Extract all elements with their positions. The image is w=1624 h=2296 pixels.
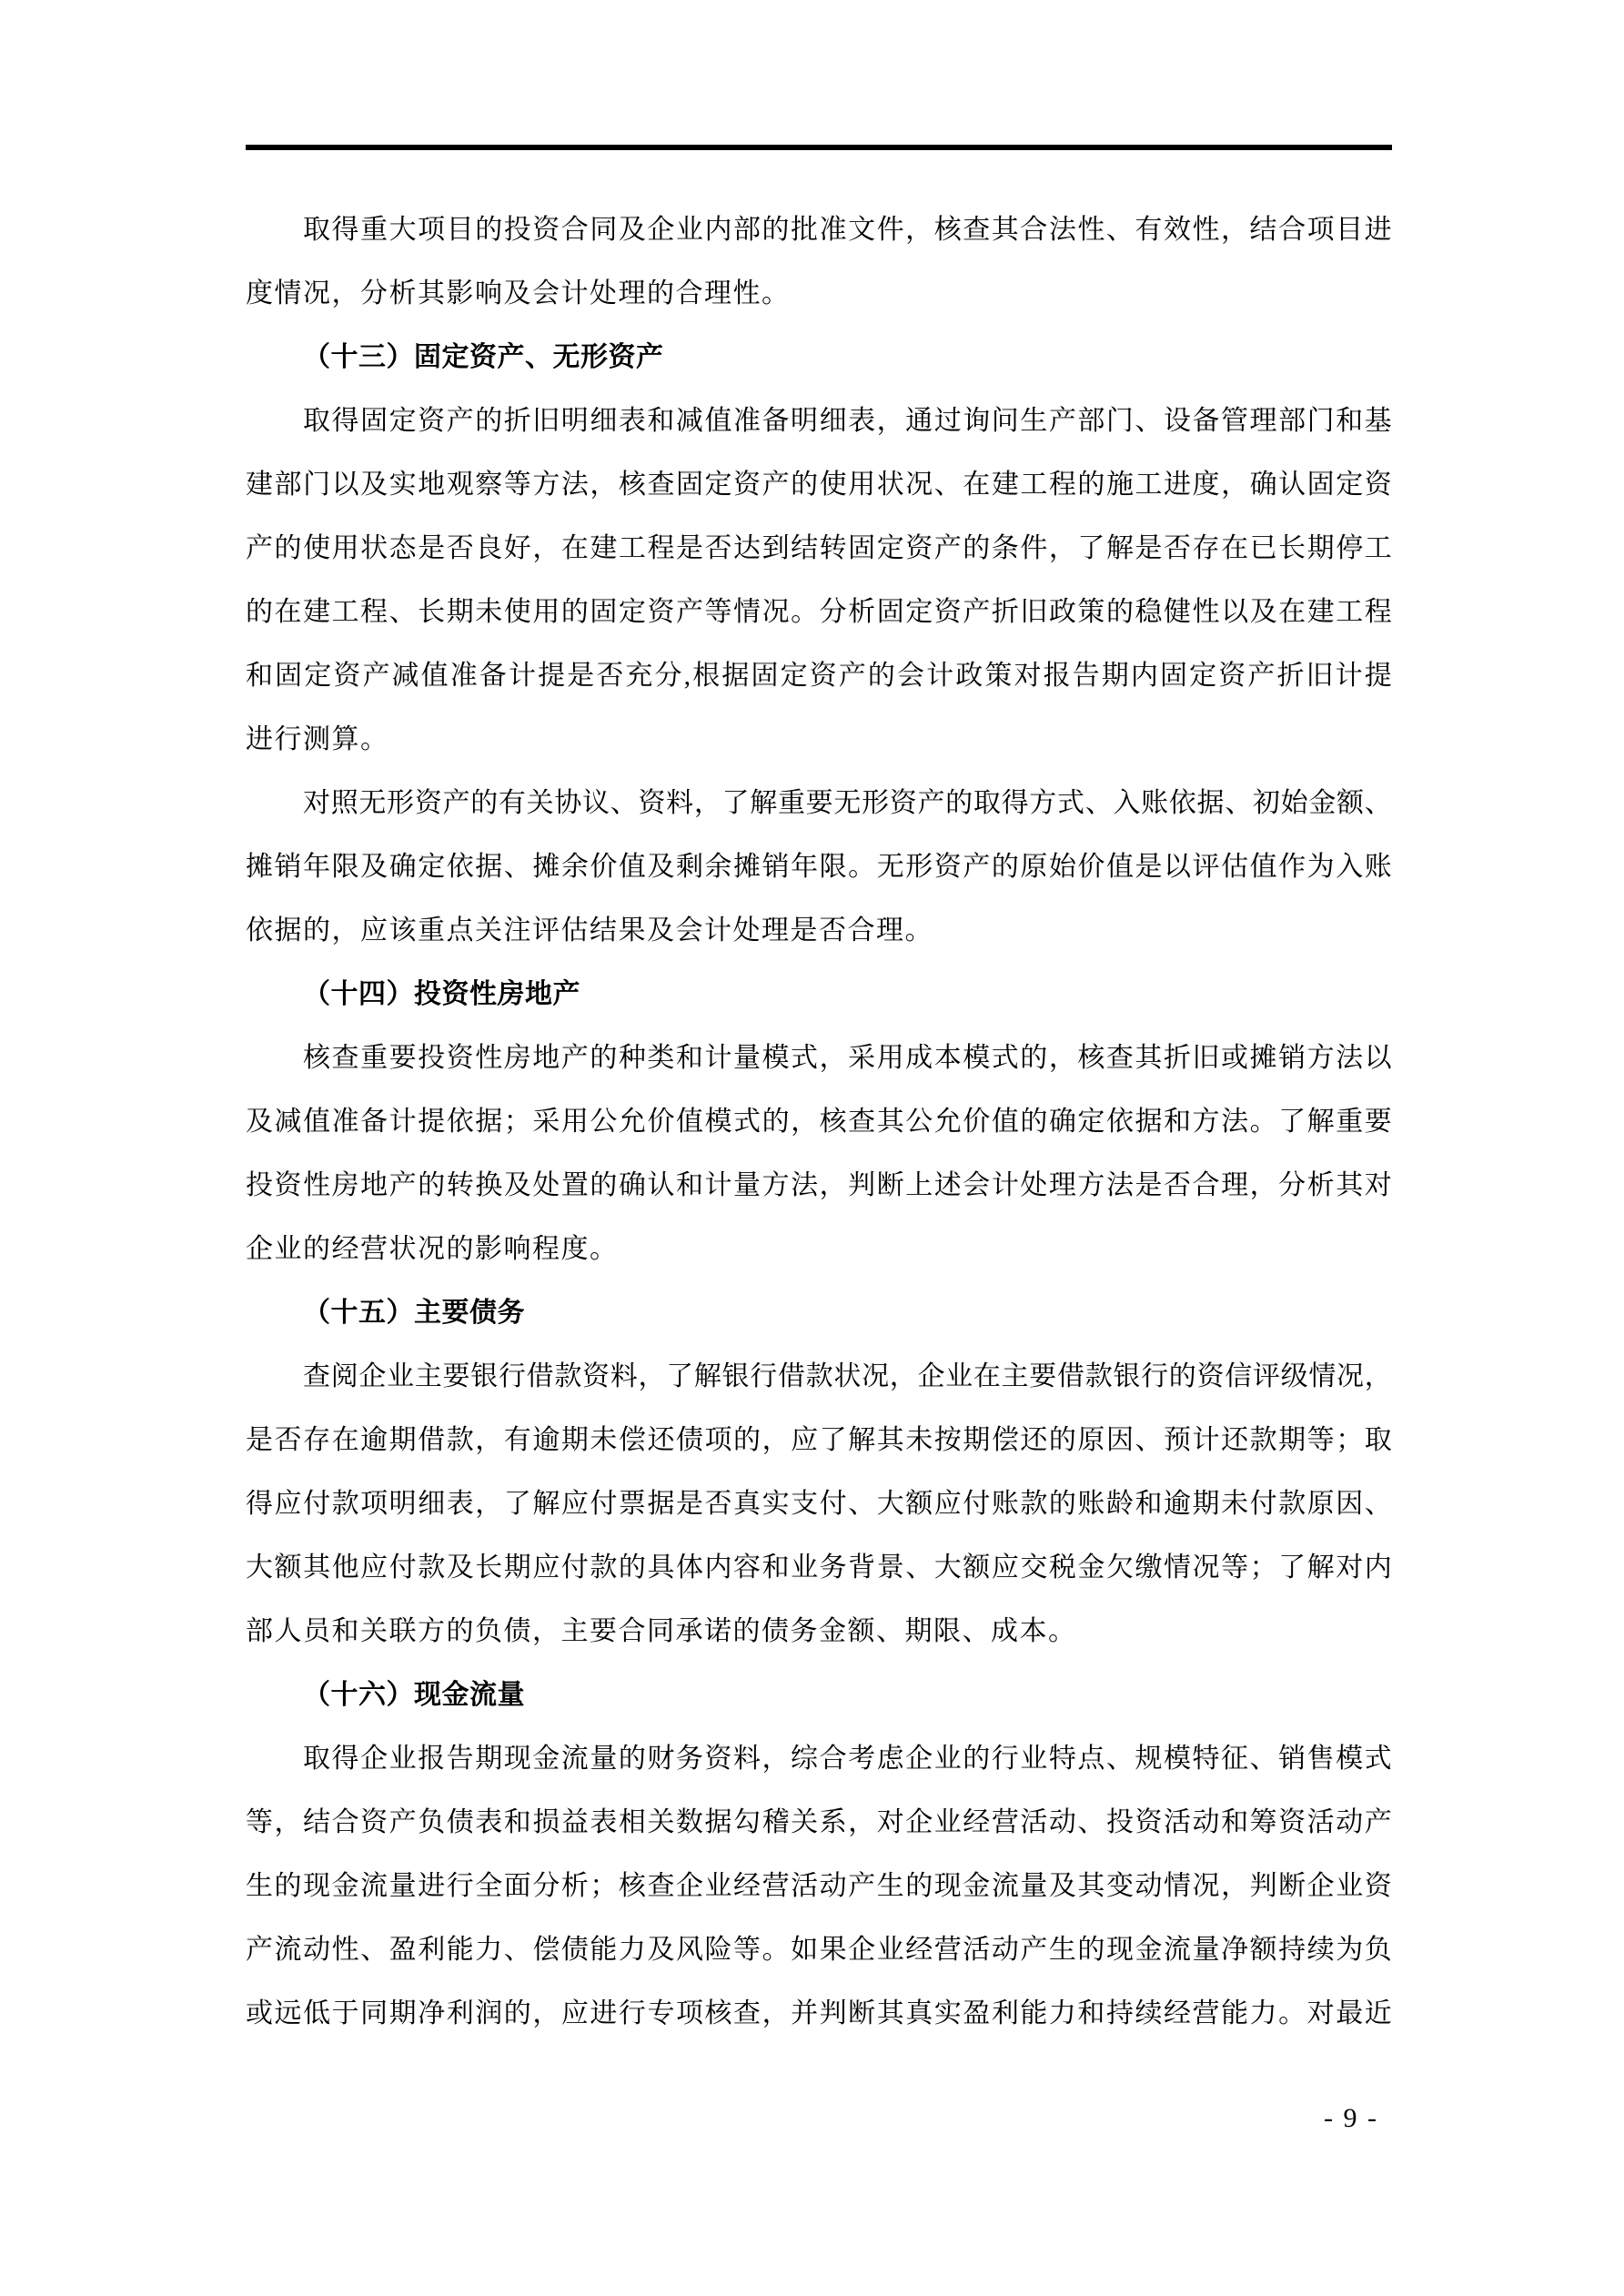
text-line: 对照无形资产的有关协议、资料，了解重要无形资产的取得方式、入账依据、初始金额、 bbox=[246, 772, 1392, 835]
text-line: 部人员和关联方的负债，主要合同承诺的债务金额、期限、成本。 bbox=[246, 1600, 1392, 1664]
page-number: - 9 - bbox=[1296, 2093, 1406, 2144]
text-line: 取得重大项目的投资合同及企业内部的批准文件，核查其合法性、有效性，结合项目进 bbox=[246, 198, 1392, 262]
header-rule bbox=[246, 145, 1392, 150]
text-line: 的在建工程、长期未使用的固定资产等情况。分析固定资产折旧政策的稳健性以及在建工程 bbox=[246, 581, 1392, 644]
section-heading: （十四）投资性房地产 bbox=[246, 963, 1392, 1027]
text-line: 查阅企业主要银行借款资料，了解银行借款状况，企业在主要借款银行的资信评级情况， bbox=[246, 1345, 1392, 1409]
text-line: 大额其他应付款及长期应付款的具体内容和业务背景、大额应交税金欠缴情况等；了解对内 bbox=[246, 1536, 1392, 1600]
text-line: 度情况，分析其影响及会计处理的合理性。 bbox=[246, 262, 1392, 326]
text-line: 是否存在逾期借款，有逾期未偿还债项的，应了解其未按期偿还的原因、预计还款期等；取 bbox=[246, 1409, 1392, 1472]
text-line: 进行测算。 bbox=[246, 708, 1392, 772]
text-line: 取得企业报告期现金流量的财务资料，综合考虑企业的行业特点、规模特征、销售模式 bbox=[246, 1727, 1392, 1791]
text-line: 或远低于同期净利润的，应进行专项核查，并判断其真实盈利能力和持续经营能力。对最近 bbox=[246, 1982, 1392, 2046]
text-lines: 取得重大项目的投资合同及企业内部的批准文件，核查其合法性、有效性，结合项目进度情… bbox=[246, 198, 1392, 2046]
text-line: 取得固定资产的折旧明细表和减值准备明细表，通过询问生产部门、设备管理部门和基 bbox=[246, 389, 1392, 453]
text-line: 得应付款项明细表，了解应付票据是否真实支付、大额应付账款的账龄和逾期未付款原因、 bbox=[246, 1472, 1392, 1536]
text-line: 投资性房地产的转换及处置的确认和计量方法，判断上述会计处理方法是否合理，分析其对 bbox=[246, 1154, 1392, 1218]
text-line: 和固定资产减值准备计提是否充分,根据固定资产的会计政策对报告期内固定资产折旧计提 bbox=[246, 644, 1392, 708]
text-line: 等，结合资产负债表和损益表相关数据勾稽关系，对企业经营活动、投资活动和筹资活动产 bbox=[246, 1791, 1392, 1855]
text-line: 摊销年限及确定依据、摊余价值及剩余摊销年限。无形资产的原始价值是以评估值作为入账 bbox=[246, 835, 1392, 899]
text-line: 核查重要投资性房地产的种类和计量模式，采用成本模式的，核查其折旧或摊销方法以 bbox=[246, 1027, 1392, 1090]
section-heading: （十三）固定资产、无形资产 bbox=[246, 326, 1392, 389]
text-line: 生的现金流量进行全面分析；核查企业经营活动产生的现金流量及其变动情况，判断企业资 bbox=[246, 1855, 1392, 1918]
text-line: 建部门以及实地观察等方法，核查固定资产的使用状况、在建工程的施工进度，确认固定资 bbox=[246, 453, 1392, 517]
text-line: 依据的，应该重点关注评估结果及会计处理是否合理。 bbox=[246, 899, 1392, 963]
text-line: 企业的经营状况的影响程度。 bbox=[246, 1218, 1392, 1281]
text-line: 产流动性、盈利能力、偿债能力及风险等。如果企业经营活动产生的现金流量净额持续为负 bbox=[246, 1918, 1392, 1982]
section-heading: （十五）主要债务 bbox=[246, 1281, 1392, 1345]
section-heading: （十六）现金流量 bbox=[246, 1664, 1392, 1727]
text-line: 产的使用状态是否良好，在建工程是否达到结转固定资产的条件，了解是否存在已长期停工 bbox=[246, 517, 1392, 581]
text-line: 及减值准备计提依据；采用公允价值模式的，核查其公允价值的确定依据和方法。了解重要 bbox=[246, 1090, 1392, 1154]
document-page: 取得重大项目的投资合同及企业内部的批准文件，核查其合法性、有效性，结合项目进度情… bbox=[0, 0, 1624, 2296]
